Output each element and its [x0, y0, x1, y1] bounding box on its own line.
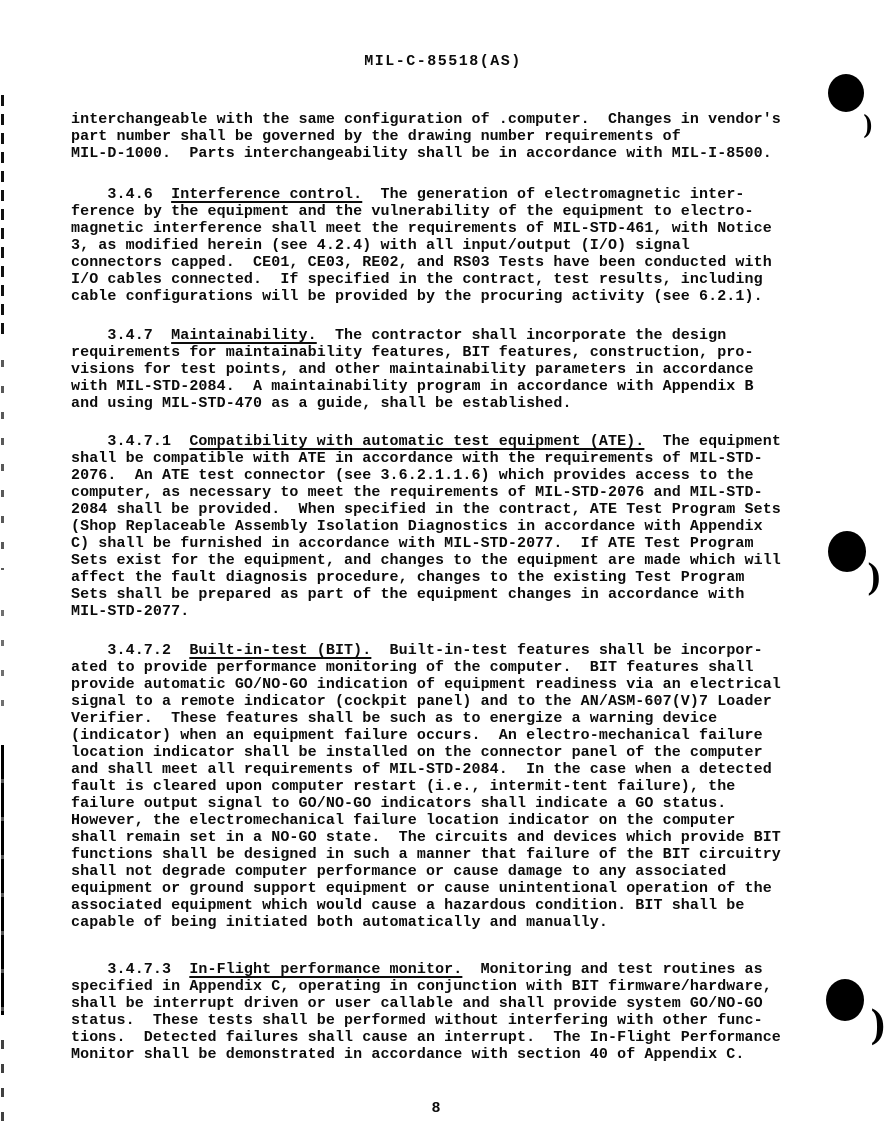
- paren-mark-artifact: ): [870, 1006, 886, 1046]
- paragraph-3-4-7-2: 3.4.7.2 Built-in-test (BIT). Built-in-te…: [71, 642, 823, 931]
- section-number: 3.4.7.1: [71, 433, 189, 450]
- scan-edge-artifact: [1, 610, 4, 720]
- section-number: 3.4.7: [71, 327, 171, 344]
- page-number: 8: [0, 1100, 872, 1117]
- ink-blot-artifact: [828, 74, 864, 112]
- section-body: Built-in-test features shall be incorpor…: [71, 642, 781, 931]
- section-number: 3.4.6: [71, 186, 171, 203]
- paragraph-3-4-7: 3.4.7 Maintainability. The contractor sh…: [71, 327, 823, 412]
- scan-edge-artifact: [1, 745, 4, 1015]
- section-heading: Built-in-test (BIT).: [189, 642, 371, 659]
- section-heading: Maintainability.: [171, 327, 317, 344]
- scan-edge-artifact: [1, 360, 4, 570]
- paragraph-3-4-6: 3.4.6 Interference control. The generati…: [71, 186, 823, 305]
- section-body: The equipment shall be compatible with A…: [71, 433, 781, 620]
- paren-mark-artifact: ): [863, 113, 873, 139]
- section-heading: Interference control.: [171, 186, 362, 203]
- section-body: The generation of electromagnetic inter-…: [71, 186, 772, 305]
- ink-blot-artifact: [826, 979, 864, 1021]
- section-heading: In-Flight performance monitor.: [189, 961, 462, 978]
- paren-mark-artifact: ): [867, 560, 881, 596]
- section-number: 3.4.7.3: [71, 961, 189, 978]
- section-number: 3.4.7.2: [71, 642, 189, 659]
- paragraph-3-4-7-1: 3.4.7.1 Compatibility with automatic tes…: [71, 433, 823, 620]
- paragraph-continuation: interchangeable with the same configurat…: [71, 111, 823, 162]
- section-heading: Compatibility with automatic test equipm…: [189, 433, 644, 450]
- ink-blot-artifact: [828, 531, 866, 572]
- scan-edge-artifact: [1, 95, 4, 335]
- paragraph-3-4-7-3: 3.4.7.3 In-Flight performance monitor. M…: [71, 961, 823, 1063]
- section-body: interchangeable with the same configurat…: [71, 111, 781, 162]
- doc-number-header: MIL-C-85518(AS): [0, 53, 886, 70]
- document-page: MIL-C-85518(AS) interchangeable with the…: [0, 0, 886, 1130]
